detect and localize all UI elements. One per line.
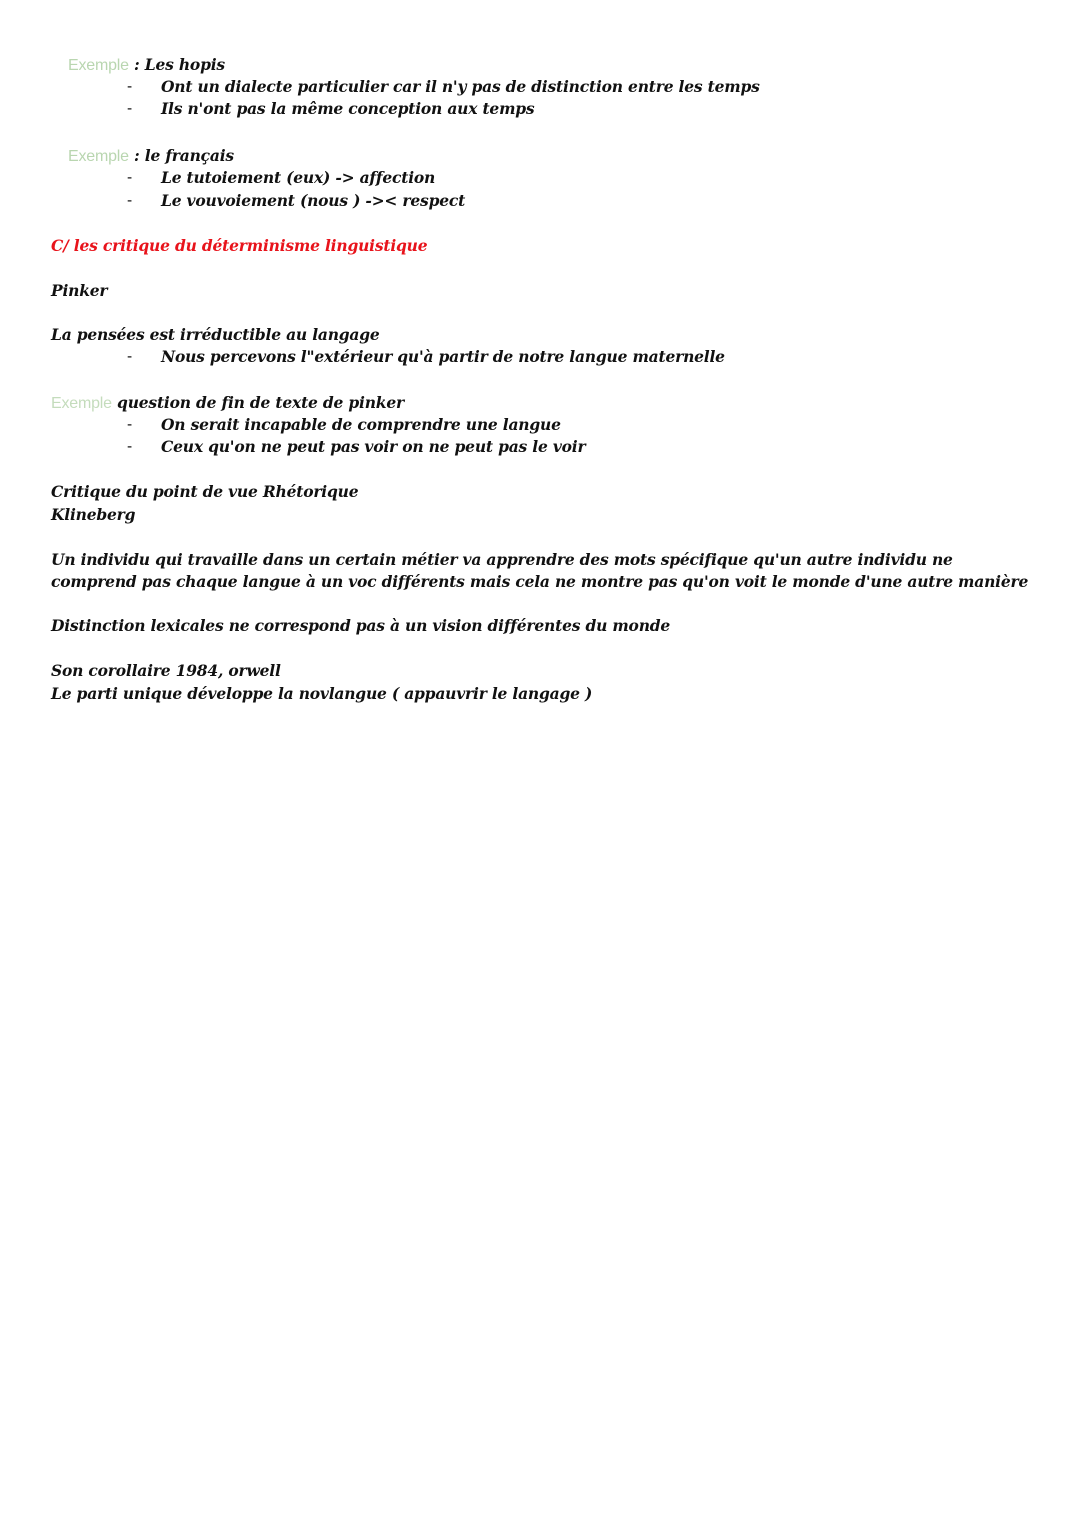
bullet-text: Nous percevons l"extérieur qu'à partir d… xyxy=(161,347,725,367)
critique-author: Klineberg xyxy=(51,505,135,525)
bullet-text: Le vouvoiement (nous ) ->< respect xyxy=(161,191,465,211)
bullet-text: Ont un dialecte particulier car il n'y p… xyxy=(161,77,760,97)
bullet-text: On serait incapable de comprendre une la… xyxy=(161,415,561,435)
paragraph-metier: Un individu qui travaille dans un certai… xyxy=(51,549,1041,593)
critique-title: Critique du point de vue Rhétorique xyxy=(51,482,358,502)
document-page: Exemple : Les hopis - Ont un dialecte pa… xyxy=(0,0,1080,1527)
orwell-text: Le parti unique développe la novlangue (… xyxy=(51,684,592,704)
bullet-text: Ils n'ont pas la même conception aux tem… xyxy=(161,99,534,119)
bullet-dash-icon: - xyxy=(127,191,132,211)
example-title: : Les hopis xyxy=(129,55,225,74)
bullet-dash-icon: - xyxy=(127,99,132,119)
bullet-dash-icon: - xyxy=(127,347,132,367)
example-hopis-title: Exemple : Les hopis xyxy=(68,55,225,76)
author-pinker: Pinker xyxy=(51,281,107,301)
example-label: Exemple xyxy=(68,148,129,165)
bullet-text: Le tutoiement (eux) -> affection xyxy=(161,168,435,188)
example-title: : le français xyxy=(129,146,234,165)
example-title: question de fin de texte de pinker xyxy=(112,393,404,412)
distinction-text: Distinction lexicales ne correspond pas … xyxy=(51,616,670,636)
bullet-dash-icon: - xyxy=(127,77,132,97)
pinker-thesis: La pensées est irréductible au langage xyxy=(51,325,380,345)
example-label: Exemple xyxy=(51,395,112,412)
example-francais-title: Exemple : le français xyxy=(68,146,234,167)
bullet-dash-icon: - xyxy=(127,437,132,457)
bullet-text: Ceux qu'on ne peut pas voir on ne peut p… xyxy=(161,437,585,457)
example-pinker-title: Exemple question de fin de texte de pink… xyxy=(51,393,404,414)
bullet-dash-icon: - xyxy=(127,168,132,188)
section-heading: C/ les critique du déterminisme linguist… xyxy=(51,236,427,256)
bullet-dash-icon: - xyxy=(127,415,132,435)
example-label: Exemple xyxy=(68,57,129,74)
orwell-title: Son corollaire 1984, orwell xyxy=(51,661,281,681)
